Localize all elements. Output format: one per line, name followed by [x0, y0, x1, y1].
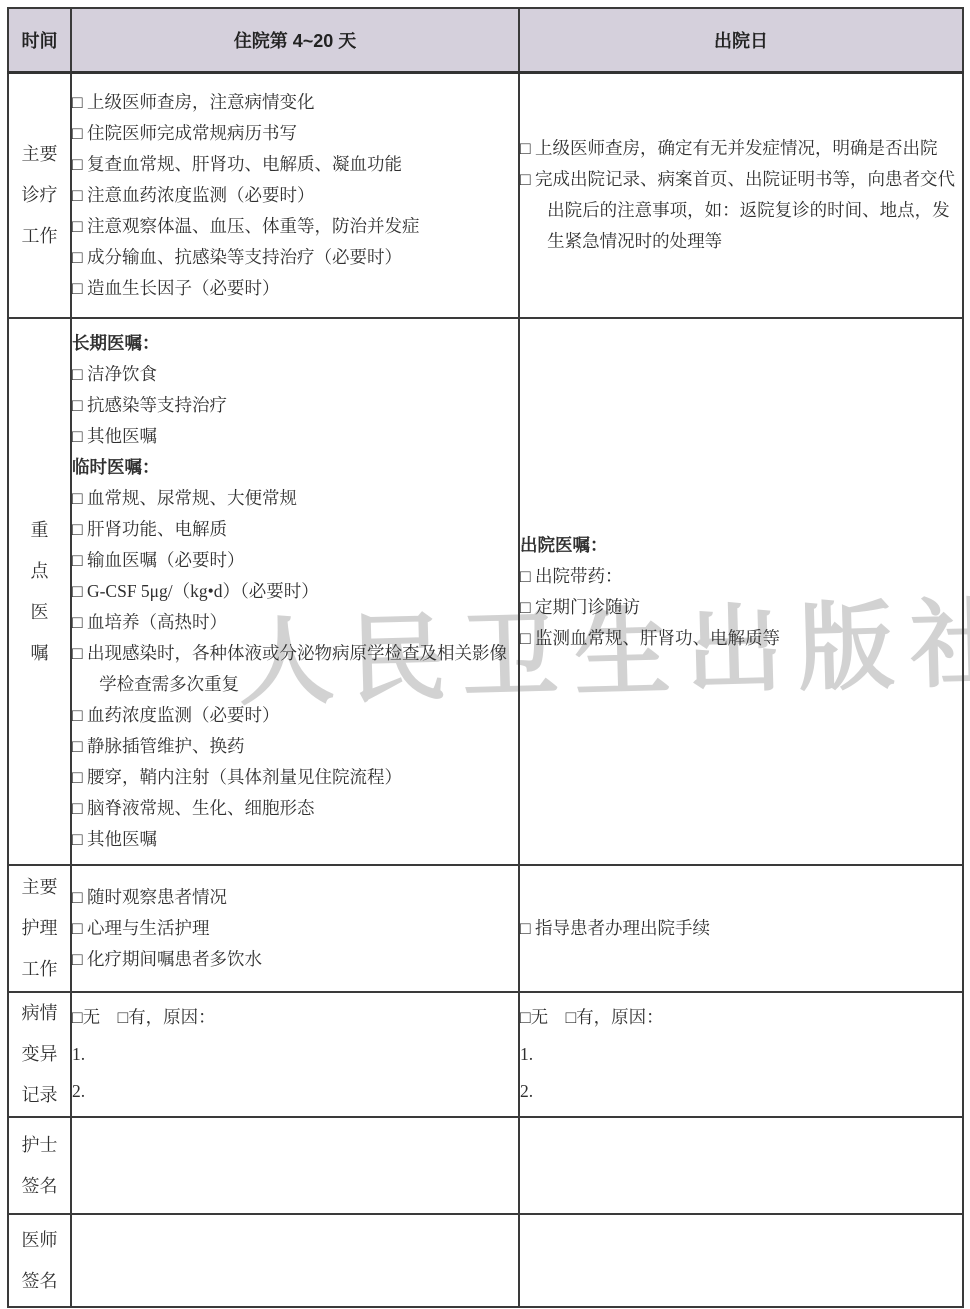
checklist-item: □ 上级医师查房，注意病情变化 [72, 87, 518, 118]
checklist-item: □ 肝肾功能、电解质 [72, 514, 518, 545]
numbered-line: 2. [72, 1073, 518, 1110]
cell-nurse-signature-hospital-days [71, 1117, 519, 1214]
row-key-orders: 重点医嘱 长期医嘱：□ 洁净饮食□ 抗感染等支持治疗□ 其他医嘱临时医嘱：□ 血… [8, 318, 963, 865]
orders-heading: 出院医嘱： [520, 530, 962, 561]
checklist-item: □ 脑脊液常规、生化、细胞形态 [72, 793, 518, 824]
cell-main-treatment-hospital-days: □ 上级医师查房，注意病情变化□ 住院医师完成常规病历书写□ 复查血常规、肝肾功… [71, 72, 519, 318]
row-label-main-treatment-work: 主要诊疗工作 [8, 72, 71, 318]
checklist-item: □ 化疗期间嘱患者多饮水 [72, 944, 518, 975]
label-line: 诊疗 [9, 175, 70, 216]
cell-physician-signature-hospital-days [71, 1214, 519, 1307]
checklist-item: □ 完成出院记录、病案首页、出院证明书等，向患者交代出院后的注意事项，如：返院复… [520, 164, 962, 257]
header-time: 时间 [8, 8, 71, 72]
numbered-line: 2. [520, 1073, 962, 1110]
checklist-item: □ 血培养（高热时） [72, 607, 518, 638]
checklist-item: □ 抗感染等支持治疗 [72, 390, 518, 421]
checklist-item: □ 腰穿，鞘内注射（具体剂量见住院流程） [72, 762, 518, 793]
checklist-item: □ 指导患者办理出院手续 [520, 913, 962, 944]
checklist-item: □ 洁净饮食 [72, 359, 518, 390]
label-line: 医 [9, 592, 70, 633]
checklist-item: □ 住院医师完成常规病历书写 [72, 118, 518, 149]
label-line: 点 [9, 551, 70, 592]
orders-heading: 长期医嘱： [72, 328, 518, 359]
cell-key-orders-hospital-days: 长期医嘱：□ 洁净饮食□ 抗感染等支持治疗□ 其他医嘱临时医嘱：□ 血常规、尿常… [71, 318, 519, 865]
label-line: 签名 [9, 1166, 70, 1207]
label-line: 重 [9, 510, 70, 551]
checklist-item: □ 成分输血、抗感染等支持治疗（必要时） [72, 242, 518, 273]
checklist-item: □ 出现感染时，各种体液或分泌物病原学检查及相关影像学检查需多次重复 [72, 638, 518, 700]
cell-variation-discharge-day: □无 □有，原因：1.2. [519, 992, 963, 1117]
checklist-item: □ 注意血药浓度监测（必要时） [72, 180, 518, 211]
checklist-item: □无 □有，原因： [520, 999, 962, 1036]
row-label-main-nursing-work: 主要护理工作 [8, 865, 71, 992]
checklist-item: □ 定期门诊随访 [520, 592, 962, 623]
cell-key-orders-discharge-day: 出院医嘱：□ 出院带药：□ 定期门诊随访□ 监测血常规、肝肾功、电解质等 [519, 318, 963, 865]
row-label-nurse-signature: 护士签名 [8, 1117, 71, 1214]
row-physician-signature: 医师签名 [8, 1214, 963, 1307]
checklist-item: □ 监测血常规、肝肾功、电解质等 [520, 623, 962, 654]
label-line: 医师 [9, 1220, 70, 1261]
numbered-line: 1. [520, 1036, 962, 1073]
label-line: 工作 [9, 949, 70, 990]
checklist-item: □ 输血医嘱（必要时） [72, 545, 518, 576]
clinical-pathway-table: 时间 住院第 4~20 天 出院日 主要诊疗工作 □ 上级医师查房，注意病情变化… [7, 7, 964, 1308]
label-line: 记录 [9, 1075, 70, 1116]
row-main-nursing-work: 主要护理工作 □ 随时观察患者情况□ 心理与生活护理□ 化疗期间嘱患者多饮水 □… [8, 865, 963, 992]
checklist-item: □ G-CSF 5μg/（kg•d）（必要时） [72, 576, 518, 607]
orders-heading: 临时医嘱： [72, 452, 518, 483]
cell-physician-signature-discharge-day [519, 1214, 963, 1307]
cell-variation-hospital-days: □无 □有，原因：1.2. [71, 992, 519, 1117]
checklist-item: □ 其他医嘱 [72, 824, 518, 855]
row-variation-record: 病情变异记录 □无 □有，原因：1.2. □无 □有，原因：1.2. [8, 992, 963, 1117]
label-line: 主要 [9, 867, 70, 908]
cell-nursing-hospital-days: □ 随时观察患者情况□ 心理与生活护理□ 化疗期间嘱患者多饮水 [71, 865, 519, 992]
row-label-physician-signature: 医师签名 [8, 1214, 71, 1307]
cell-nursing-discharge-day: □ 指导患者办理出院手续 [519, 865, 963, 992]
row-main-treatment-work: 主要诊疗工作 □ 上级医师查房，注意病情变化□ 住院医师完成常规病历书写□ 复查… [8, 72, 963, 318]
checklist-item: □ 随时观察患者情况 [72, 882, 518, 913]
label-line: 病情 [9, 993, 70, 1034]
checklist-item: □ 注意观察体温、血压、体重等，防治并发症 [72, 211, 518, 242]
row-label-key-orders: 重点医嘱 [8, 318, 71, 865]
document-page: 人民卫生出版社 时间 住院第 4~20 天 出院日 主要诊疗工作 □ 上级医师查… [0, 0, 970, 1309]
checklist-item: □ 造血生长因子（必要时） [72, 273, 518, 304]
row-label-variation-record: 病情变异记录 [8, 992, 71, 1117]
label-line: 主要 [9, 134, 70, 175]
cell-main-treatment-discharge-day: □ 上级医师查房，确定有无并发症情况，明确是否出院□ 完成出院记录、病案首页、出… [519, 72, 963, 318]
numbered-line: 1. [72, 1036, 518, 1073]
label-line: 嘱 [9, 633, 70, 674]
header-discharge-day: 出院日 [519, 8, 963, 72]
row-nurse-signature: 护士签名 [8, 1117, 963, 1214]
checklist-item: □ 血药浓度监测（必要时） [72, 700, 518, 731]
cell-nurse-signature-discharge-day [519, 1117, 963, 1214]
header-hospital-days: 住院第 4~20 天 [71, 8, 519, 72]
checklist-item: □无 □有，原因： [72, 999, 518, 1036]
checklist-item: □ 心理与生活护理 [72, 913, 518, 944]
table-header-row: 时间 住院第 4~20 天 出院日 [8, 8, 963, 72]
checklist-item: □ 出院带药： [520, 561, 962, 592]
label-line: 签名 [9, 1261, 70, 1302]
label-line: 工作 [9, 216, 70, 257]
label-line: 变异 [9, 1034, 70, 1075]
checklist-item: □ 上级医师查房，确定有无并发症情况，明确是否出院 [520, 133, 962, 164]
checklist-item: □ 其他医嘱 [72, 421, 518, 452]
checklist-item: □ 血常规、尿常规、大便常规 [72, 483, 518, 514]
label-line: 护士 [9, 1125, 70, 1166]
label-line: 护理 [9, 908, 70, 949]
checklist-item: □ 静脉插管维护、换药 [72, 731, 518, 762]
checklist-item: □ 复查血常规、肝肾功、电解质、凝血功能 [72, 149, 518, 180]
